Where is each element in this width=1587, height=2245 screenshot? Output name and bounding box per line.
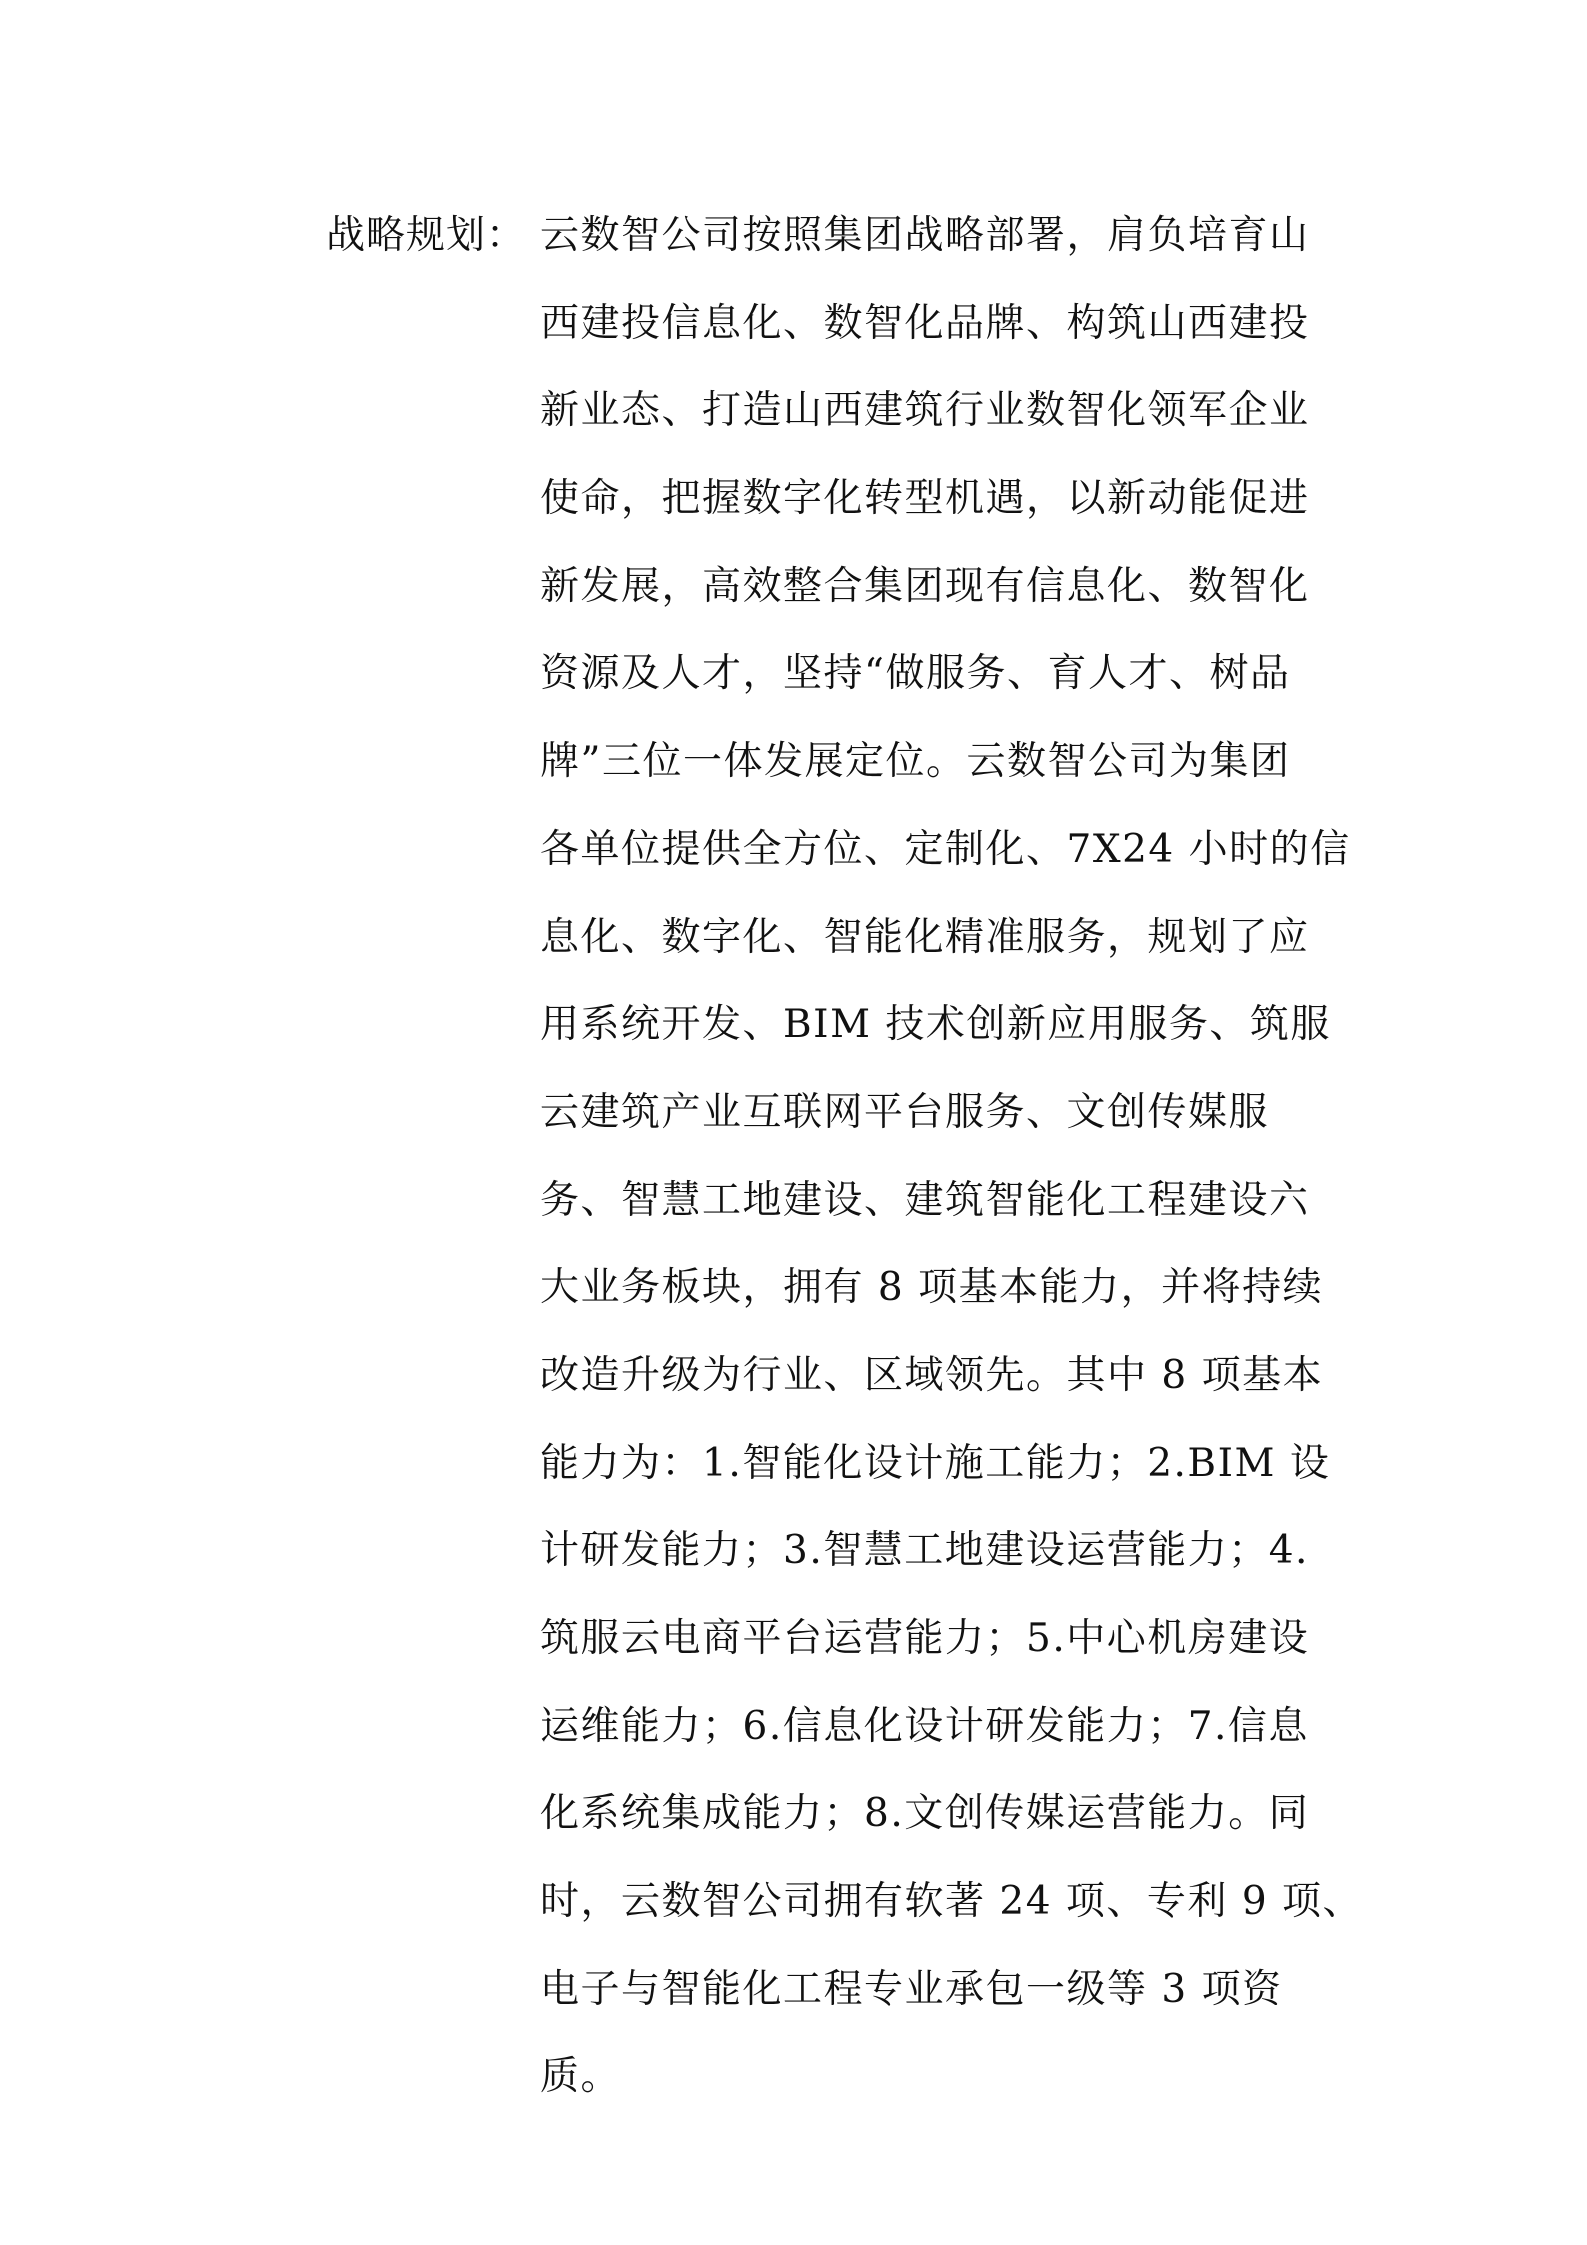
paragraph-line: 资源及人才，坚持“做服务、育人才、树品: [540, 648, 1360, 736]
paragraph-line: 使命，把握数字化转型机遇，以新动能促进: [540, 473, 1360, 561]
paragraph-line: 牌”三位一体发展定位。云数智公司为集团: [540, 736, 1360, 824]
paragraph-line: 化系统集成能力；8.文创传媒运营能力。同: [540, 1788, 1360, 1876]
paragraph-line: 各单位提供全方位、定制化、7X24 小时的信: [540, 824, 1360, 912]
paragraph-line: 息化、数字化、智能化精准服务，规划了应: [540, 912, 1360, 1000]
paragraph-line: 新业态、打造山西建筑行业数智化领军企业: [540, 385, 1360, 473]
paragraph-line: 云数智公司按照集团战略部署，肩负培育山: [540, 210, 1360, 298]
paragraph-line: 西建投信息化、数智化品牌、构筑山西建投: [540, 298, 1360, 386]
paragraph-line: 电子与智能化工程专业承包一级等 3 项资: [540, 1964, 1360, 2052]
paragraph-line: 云建筑产业互联网平台服务、文创传媒服: [540, 1087, 1360, 1175]
paragraph-line: 运维能力；6.信息化设计研发能力；7.信息: [540, 1701, 1360, 1789]
paragraph-line: 时，云数智公司拥有软著 24 项、专利 9 项、: [540, 1876, 1360, 1964]
paragraph-line: 能力为：1.智能化设计施工能力；2.BIM 设: [540, 1438, 1360, 1526]
paragraph-body: 云数智公司按照集团战略部署，肩负培育山 西建投信息化、数智化品牌、构筑山西建投 …: [540, 210, 1360, 2139]
paragraph-line: 质。: [540, 2051, 1360, 2139]
paragraph-line: 务、智慧工地建设、建筑智能化工程建设六: [540, 1175, 1360, 1263]
paragraph-line: 筑服云电商平台运营能力；5.中心机房建设: [540, 1613, 1360, 1701]
paragraph-line: 计研发能力；3.智慧工地建设运营能力；4.: [540, 1525, 1360, 1613]
paragraph-line: 用系统开发、BIM 技术创新应用服务、筑服: [540, 999, 1360, 1087]
section-label: 战略规划：: [326, 210, 526, 262]
paragraph-line: 大业务板块，拥有 8 项基本能力，并将持续: [540, 1262, 1360, 1350]
paragraph-line: 改造升级为行业、区域领先。其中 8 项基本: [540, 1350, 1360, 1438]
paragraph-line: 新发展，高效整合集团现有信息化、数智化: [540, 561, 1360, 649]
